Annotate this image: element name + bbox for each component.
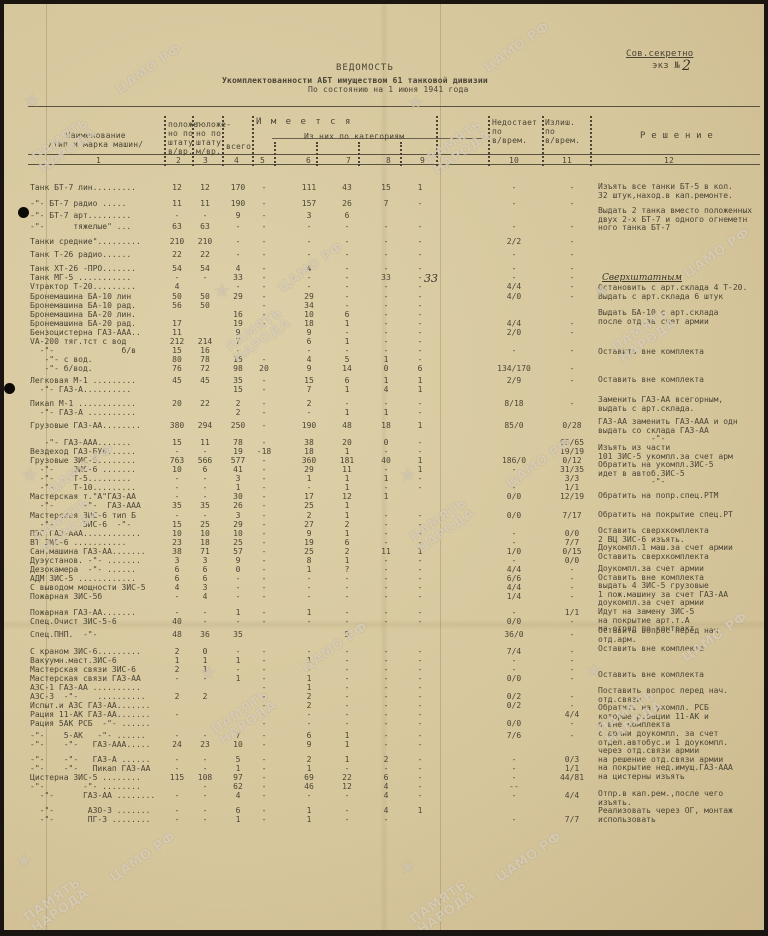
cell-c7: - (332, 719, 362, 728)
cell-c9: - (409, 328, 431, 337)
cell-c9: - (409, 574, 431, 583)
cell-c2: - (166, 447, 188, 456)
cell-c3: 63 (194, 222, 216, 231)
cell-c4: 5 (226, 755, 250, 764)
cell-c9: - (409, 782, 431, 791)
cell-c4: 9 (226, 211, 250, 220)
cell-c7: - (332, 692, 362, 701)
cell-c8: - (374, 319, 398, 328)
cell-c8: - (374, 337, 398, 346)
cell-c11: - (552, 719, 592, 728)
cell-c5: - (256, 511, 272, 520)
cell-c9: - (409, 408, 431, 417)
cell-c9: - (409, 665, 431, 674)
cell-c2: 2 (166, 692, 188, 701)
cell-c11: - (552, 731, 592, 740)
col-number: 2 (176, 156, 181, 165)
cell-c6: 19 (294, 538, 324, 547)
decision-text: Оставить вне комплекта (598, 671, 704, 680)
cell-c4: - (226, 237, 250, 246)
watermark-archive: ЦАМО РФ (494, 830, 564, 885)
cell-c8: - (374, 647, 398, 656)
cell-c8: - (374, 583, 398, 592)
cell-c11: 0/0 (552, 529, 592, 538)
handwritten-number: 33 (424, 272, 438, 285)
cell-c7: 1 (332, 408, 362, 417)
cell-c4: 4 (226, 264, 250, 273)
cell-c4: 19 (226, 447, 250, 456)
cell-c2: 11 (166, 199, 188, 208)
cell-c3: - (194, 273, 216, 282)
cell-c7: 26 (332, 199, 362, 208)
cell-c8: - (374, 665, 398, 674)
cell-c7: - (332, 301, 362, 310)
cell-c6: 157 (294, 199, 324, 208)
cell-c2: 10 (166, 465, 188, 474)
cell-c3: - (194, 782, 216, 791)
cell-c2: 17 (166, 319, 188, 328)
col-number: 4 (234, 156, 239, 165)
cell-c2: 115 (166, 773, 188, 782)
cell-c2: 63 (166, 222, 188, 231)
cell-c8: 1 (374, 408, 398, 417)
cell-c5: - (256, 292, 272, 301)
cell-c11: 0/15 (552, 547, 592, 556)
cell-c10: - (494, 222, 534, 231)
cell-c3: 22 (194, 399, 216, 408)
col-separator (590, 116, 592, 166)
cell-c9: 1 (409, 183, 431, 192)
document-subtitle: Укомплектованности АБТ имуществом 61 тан… (222, 76, 488, 85)
cell-c5: - (256, 547, 272, 556)
cell-c4: 2 (226, 408, 250, 417)
header-bottom-rule (28, 164, 760, 165)
cell-c11: 7/7 (552, 538, 592, 547)
cell-c2: 212 (166, 337, 188, 346)
decision-text: Изъять все танки БТ-5 в кол. 32 штук,нах… (598, 183, 733, 200)
cell-c8: 0 (374, 438, 398, 447)
vehicle-name: Vтрактор Т-20......... (30, 282, 180, 291)
decision-text: Доукомпл.за счет армии Оставить вне комп… (598, 565, 728, 634)
vehicle-name: -"- ЗИС-6 ....... (30, 465, 180, 474)
cell-c3: - (194, 492, 216, 501)
cell-c7: 11 (332, 465, 362, 474)
cell-c10: - (494, 656, 534, 665)
cell-c10: 4/0 (494, 292, 534, 301)
cell-c7: - (332, 346, 362, 355)
cell-c5: - (256, 656, 272, 665)
cell-c2: - (166, 806, 188, 815)
cell-c5: - (256, 740, 272, 749)
vehicle-name: Пожарная ГАЗ-АА....... (30, 608, 180, 617)
cell-c7: 6 (332, 211, 362, 220)
col-number: 12 (664, 156, 674, 165)
cell-c9: - (409, 399, 431, 408)
col-number: 6 (306, 156, 311, 165)
cell-c8: - (374, 574, 398, 583)
cell-c7: - (332, 399, 362, 408)
cell-c3: 11 (194, 438, 216, 447)
cell-c9: - (409, 731, 431, 740)
cell-c5: -18 (256, 447, 272, 456)
cell-c8: 15 (374, 183, 398, 192)
cell-c4: 4 (226, 791, 250, 800)
cell-c5: - (256, 791, 272, 800)
cell-c5: - (256, 492, 272, 501)
cell-c8: - (374, 608, 398, 617)
decision-text: Остановить с арт.склада 4 Т-20. Выдать с… (598, 284, 747, 301)
cell-c4: 9 (226, 556, 250, 565)
cell-c8: - (374, 701, 398, 710)
cell-c7: 43 (332, 183, 362, 192)
cell-c2: 3 (166, 556, 188, 565)
cell-c9: - (409, 656, 431, 665)
cell-c3: - (194, 815, 216, 824)
cell-c11: 1/1 (552, 764, 592, 773)
cell-c8: - (374, 731, 398, 740)
cell-c10: 0/0 (494, 674, 534, 683)
cell-c9: 6 (409, 364, 431, 373)
cell-c5: - (256, 399, 272, 408)
watermark-project: ПАМЯТЬНАРОДА (424, 118, 493, 177)
cell-c3: 4 (194, 592, 216, 601)
vehicle-name: Дуэустанов. -"- ....... (30, 556, 180, 565)
cell-c5: - (256, 501, 272, 510)
cell-c10: 1/4 (494, 592, 534, 601)
cell-c4: 170 (226, 183, 250, 192)
decision-text: ГАЗ-АА заменить ГАЗ-ААА и одн выдать со … (598, 418, 738, 444)
cell-c3: 108 (194, 773, 216, 782)
cell-c5: - (256, 574, 272, 583)
cell-c2: - (166, 731, 188, 740)
col-number: 8 (386, 156, 391, 165)
cell-c7: 48 (332, 421, 362, 430)
cell-c6: 15 (294, 376, 324, 385)
cell-c5: - (256, 237, 272, 246)
cell-c3: 35 (194, 501, 216, 510)
header-total: всего (226, 142, 251, 151)
cell-c3: 18 (194, 538, 216, 547)
cell-c5: - (256, 583, 272, 592)
copy-number: 2 (682, 58, 691, 74)
vehicle-name: -"- АЗО-3 ....... (30, 806, 180, 815)
cell-c5: - (256, 529, 272, 538)
cell-c2: 12 (166, 183, 188, 192)
cell-c2: - (166, 211, 188, 220)
cell-c5: - (256, 556, 272, 565)
vehicle-name: Танк Т-26 радио...... (30, 250, 180, 259)
cell-c9: - (409, 674, 431, 683)
cell-c10: - (494, 250, 534, 259)
cell-c11: 0/0 (552, 556, 592, 565)
col-separator (358, 142, 360, 166)
cell-c9: - (409, 592, 431, 601)
cell-c7: - (332, 222, 362, 231)
star-icon: ★ (594, 274, 610, 304)
cell-c8: - (374, 719, 398, 728)
cell-c2: 15 (166, 346, 188, 355)
cell-c5: - (256, 301, 272, 310)
vehicle-name: Мастерская связи ЗИС-6 (30, 665, 180, 674)
cell-c5: - (256, 674, 272, 683)
cell-c4: - (226, 583, 250, 592)
cell-c8: - (374, 556, 398, 565)
cell-c4: 78 (226, 438, 250, 447)
cell-c9: - (409, 199, 431, 208)
decision-text: Обратить на покрытие спец.РТ (598, 511, 733, 520)
cell-c7: 2 (332, 520, 362, 529)
cell-c6: 1 (294, 608, 324, 617)
table-row: Танки средние".........210210------2/2- (4, 237, 764, 246)
cell-c4: 1 (226, 608, 250, 617)
cell-c3: 6 (194, 574, 216, 583)
cell-c2: - (166, 791, 188, 800)
cell-c6: - (294, 710, 324, 719)
cell-c8: - (374, 282, 398, 291)
cell-c3: 2 (194, 692, 216, 701)
cell-c2: 50 (166, 292, 188, 301)
vehicle-name: АДМ ЗИС-5 ............ (30, 574, 180, 583)
cell-c8: 4 (374, 385, 398, 394)
cell-c6: 9 (294, 364, 324, 373)
vehicle-name: -"- -"- ГАЗ-ААА..... (30, 740, 180, 749)
cell-c7: - (332, 815, 362, 824)
cell-c7: 1 (332, 556, 362, 565)
cell-c7: 6 (332, 310, 362, 319)
cell-c6: 17 (294, 492, 324, 501)
cell-c4: 57 (226, 547, 250, 556)
cell-c2: - (166, 674, 188, 683)
cell-c6: 1 (294, 806, 324, 815)
cell-c6: 1 (294, 565, 324, 574)
cell-c8: - (374, 346, 398, 355)
cell-c11: - (552, 319, 592, 328)
cell-c11: - (552, 264, 592, 273)
cell-c7: 5 (332, 355, 362, 364)
cell-c6: - (294, 791, 324, 800)
header-number-rule (28, 154, 760, 155)
cell-c11: - (552, 565, 592, 574)
cell-c8: 1 (374, 355, 398, 364)
cell-c5: - (256, 421, 272, 430)
cell-c3: - (194, 211, 216, 220)
cell-c7: 181 (332, 456, 362, 465)
cell-c10: - (494, 538, 534, 547)
cell-c7: 1 (332, 511, 362, 520)
cell-c3: 71 (194, 547, 216, 556)
cell-c6: - (294, 574, 324, 583)
cell-c9: - (409, 355, 431, 364)
cell-c2: 4 (166, 282, 188, 291)
cell-c9: - (409, 647, 431, 656)
cell-c11: - (552, 292, 592, 301)
cell-c9: - (409, 319, 431, 328)
cell-c2: 54 (166, 264, 188, 273)
cell-c4: - (226, 647, 250, 656)
col-separator (316, 142, 318, 166)
cell-c8: - (374, 222, 398, 231)
cell-c10: - (494, 199, 534, 208)
cell-c8: 4 (374, 806, 398, 815)
cell-c2: - (166, 492, 188, 501)
cell-c4: - (226, 250, 250, 259)
cell-c3: 566 (194, 456, 216, 465)
cell-c4: 41 (226, 465, 250, 474)
cell-c4: - (226, 222, 250, 231)
decision-text: Изъять из части 101 ЗИС-5 укомпл.за счет… (598, 444, 733, 487)
cell-c11: 7/17 (552, 511, 592, 520)
cell-c6: 46 (294, 782, 324, 791)
decision-text: Выдать 2 танка вместо положенных двух 2-… (598, 207, 752, 233)
cell-c7: - (332, 292, 362, 301)
cell-c9: - (409, 608, 431, 617)
cell-c11: 1/1 (552, 483, 592, 492)
vehicle-name: -"- ГАЗ-АА ........ (30, 791, 180, 800)
cell-c4: 29 (226, 520, 250, 529)
cell-c6: 9 (294, 740, 324, 749)
copy-label: экз № (652, 62, 680, 71)
cell-c9: - (409, 701, 431, 710)
cell-c3: 16 (194, 346, 216, 355)
cell-c11: - (552, 592, 592, 601)
cell-c8: - (374, 465, 398, 474)
cell-c7: 1 (332, 731, 362, 740)
col-separator (542, 116, 544, 166)
cell-c7: ? (332, 565, 362, 574)
cell-c7: 1 (332, 529, 362, 538)
cell-c6: - (294, 719, 324, 728)
cell-c5: - (256, 474, 272, 483)
cell-c4: - (226, 592, 250, 601)
cell-c10: 2/0 (494, 328, 534, 337)
cell-c11: - (552, 583, 592, 592)
cell-c2: 10 (166, 529, 188, 538)
watermark-archive: ЦАМО РФ (108, 830, 178, 885)
cell-c2: 763 (166, 456, 188, 465)
cell-c3: - (194, 806, 216, 815)
cell-c5: - (256, 199, 272, 208)
cell-c10: - (494, 273, 534, 282)
cell-c6: 10 (294, 310, 324, 319)
cell-c9: - (409, 683, 431, 692)
cell-c3: 45 (194, 376, 216, 385)
cell-c10: 0/2 (494, 701, 534, 710)
cell-c6: 111 (294, 183, 324, 192)
cell-c2: 4 (166, 583, 188, 592)
cell-c8: 6 (374, 773, 398, 782)
table-row: -"- ГАЗ-А..........15-7141 (4, 385, 764, 394)
cell-c10: 4/4 (494, 319, 534, 328)
cell-c6: - (294, 346, 324, 355)
star-icon: ★ (22, 458, 38, 488)
cell-c5: - (256, 617, 272, 626)
cell-c4: 3 (226, 511, 250, 520)
vehicle-name: Танк МГ-5 ........... (30, 273, 180, 282)
decision-text: Обратить на попр.спец.РТМ (598, 492, 718, 501)
vehicle-name: Рация 11-АК ГАЗ-АА....... (30, 710, 180, 719)
col-number: 5 (260, 156, 265, 165)
cell-c3: - (194, 483, 216, 492)
decision-text: Заменить ГАЗ-АА всегорным, выдать с арт.… (598, 396, 723, 413)
watermark-archive: ЦАМО РФ (114, 42, 184, 97)
vehicle-name: -"- ГАЗ-А .......... (30, 408, 180, 417)
cell-c11: - (552, 250, 592, 259)
cell-c11: - (552, 346, 592, 355)
decision-text: Отпр.в кап.рем.,после чего изъять. (598, 790, 723, 807)
table-row: -"- б/вод.7672982091406134/170- (4, 364, 764, 373)
cell-c5: - (256, 465, 272, 474)
cell-c7: 1 (332, 385, 362, 394)
cell-c5: - (256, 376, 272, 385)
star-icon: ★ (586, 654, 602, 684)
cell-c11: 4/4 (552, 791, 592, 800)
cell-c2: 22 (166, 250, 188, 259)
cell-c7: - (332, 674, 362, 683)
watermark-project: ПАМЯТЬНАРОДА (408, 878, 477, 930)
cell-c7: - (332, 574, 362, 583)
cell-c5: - (256, 647, 272, 656)
cell-c6: 18 (294, 319, 324, 328)
cell-c7: - (332, 608, 362, 617)
vehicle-name: Танк БТ-7 лин......... (30, 183, 180, 192)
cell-c3: - (194, 755, 216, 764)
cell-c3: 0 (194, 647, 216, 656)
cell-c6: 6 (294, 337, 324, 346)
header-top-rule (28, 106, 760, 107)
cell-c4: 250 (226, 421, 250, 430)
cell-c6: 38 (294, 438, 324, 447)
cell-c7: - (332, 764, 362, 773)
cell-c2: 1 (166, 656, 188, 665)
table-row: Танк ХТ-26 -ПРО.......54544-4----- (4, 264, 764, 273)
vehicle-name: Грузовые ГАЗ-АА........ (30, 421, 180, 430)
cell-c2: 2 (166, 665, 188, 674)
cell-c10: - (494, 608, 534, 617)
cell-c8: - (374, 520, 398, 529)
cell-c11: - (552, 630, 592, 639)
cell-c5: - (256, 731, 272, 740)
col-separator (400, 142, 402, 166)
col-number: 3 (203, 156, 208, 165)
cell-c2: - (166, 755, 188, 764)
vehicle-name: -"- тяжелые" ... (30, 222, 180, 231)
cell-c9: 1 (409, 376, 431, 385)
cell-c9: 1 (409, 385, 431, 394)
decision-text: Оставить вне комплекта (598, 376, 704, 385)
cell-c2: 56 (166, 301, 188, 310)
vehicle-name: Дезокамера -"- ...... (30, 565, 180, 574)
cell-c3: 36 (194, 630, 216, 639)
cell-c8: 0 (374, 364, 398, 373)
cell-c9: - (409, 583, 431, 592)
cell-c11: - (552, 328, 592, 337)
cell-c11: - (552, 273, 592, 282)
cell-c11: - (552, 399, 592, 408)
cell-c11: 1/1 (552, 608, 592, 617)
cell-c10: -- (494, 782, 534, 791)
cell-c3: 50 (194, 292, 216, 301)
cell-c9: - (409, 719, 431, 728)
cell-c9: - (409, 337, 431, 346)
cell-c11: 0/3 (552, 755, 592, 764)
cell-c10: - (494, 773, 534, 782)
cell-c6: 3 (294, 211, 324, 220)
col-separator (164, 116, 166, 166)
cell-c3: 22 (194, 250, 216, 259)
cell-c10: - (494, 529, 534, 538)
vehicle-name: Бензоцистерна ГАЗ-ААА.. (30, 328, 180, 337)
cell-c4: 190 (226, 199, 250, 208)
